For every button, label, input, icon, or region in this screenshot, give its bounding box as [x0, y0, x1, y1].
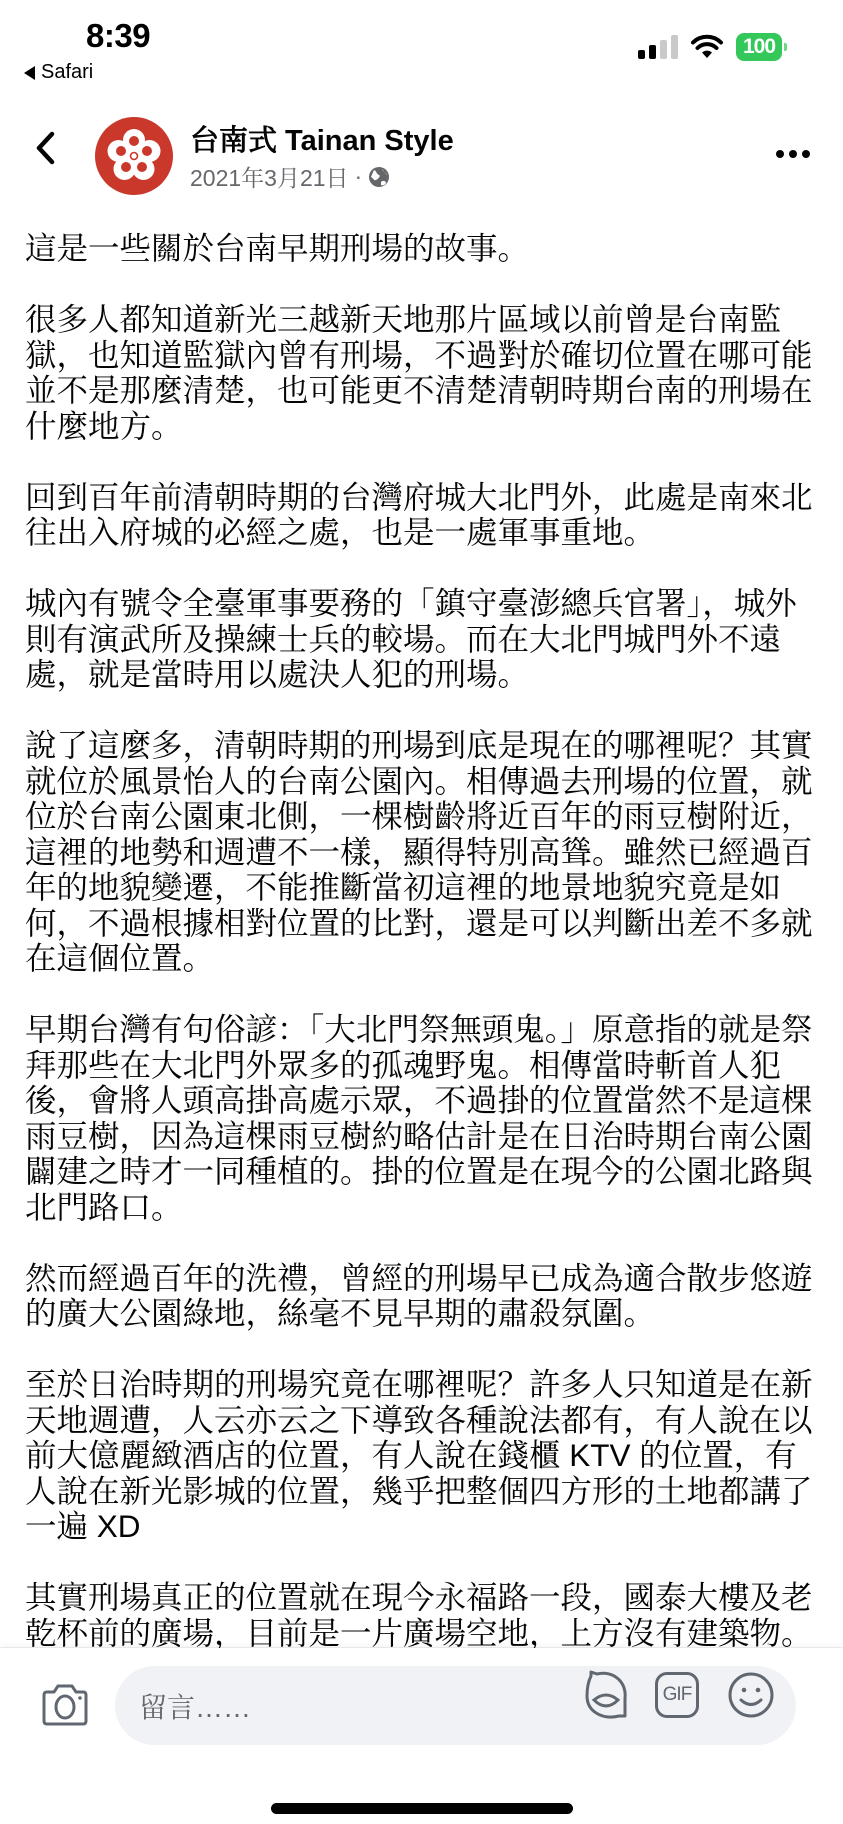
status-icons: 100 — [638, 32, 782, 62]
post-date[interactable]: 2021年3月21日 — [190, 160, 349, 193]
gif-icon[interactable]: GIF — [655, 1672, 699, 1718]
screen: 8:39 Safari 100 — [0, 0, 843, 1824]
gif-label: GIF — [663, 1684, 692, 1706]
post-paragraph: 城內有號令全臺軍事要務的「鎮守臺澎總兵官署」，城外則有演武所及操練士兵的較場。而… — [25, 586, 825, 693]
post-paragraph: 回到百年前清朝時期的台灣府城大北門外，此處是南來北往出入府城的必經之處，也是一處… — [25, 480, 825, 551]
signal-icon — [638, 35, 678, 59]
avatar-sticker-icon[interactable] — [583, 1670, 629, 1720]
battery-icon: 100 — [736, 33, 782, 61]
post-paragraph: 其實刑場真正的位置就在現今永福路一段，國泰大樓及老乾杯前的廣場，目前是一片廣場空… — [25, 1580, 825, 1651]
wifi-icon — [690, 34, 724, 60]
post-paragraph: 早期台灣有句俗諺：「大北門祭無頭鬼。」原意指的就是祭拜那些在大北門外眾多的孤魂野… — [25, 1012, 825, 1225]
back-to-safari-link[interactable]: Safari — [24, 61, 93, 84]
avatar[interactable] — [95, 117, 173, 195]
camera-icon[interactable] — [40, 1683, 90, 1727]
back-triangle-icon — [24, 66, 35, 80]
more-options-icon[interactable] — [776, 142, 816, 166]
battery-level: 100 — [743, 35, 775, 59]
comment-bar: 留言…… GIF — [0, 1648, 843, 1824]
post-body: 這是一些關於台南早期刑場的故事。 很多人都知道新光三越新天地那片區域以前曾是台南… — [25, 231, 825, 1824]
post-meta: 2021年3月21日 · — [190, 160, 390, 193]
comment-placeholder: 留言…… — [139, 1686, 251, 1726]
post-paragraph: 說了這麼多，清朝時期的刑場到底是現在的哪裡呢？其實就位於風景怡人的台南公園內。相… — [25, 728, 825, 977]
back-app-label: Safari — [41, 61, 93, 84]
post-paragraph: 這是一些關於台南早期刑場的故事。 — [25, 231, 825, 267]
globe-icon — [368, 166, 390, 188]
post-paragraph: 然而經過百年的洗禮，曾經的刑場早已成為適合散步悠遊的廣大公園綠地，絲毫不見早期的… — [25, 1261, 825, 1332]
home-indicator[interactable] — [271, 1803, 573, 1814]
chevron-left-icon[interactable] — [30, 128, 64, 168]
post-paragraph: 很多人都知道新光三越新天地那片區域以前曾是台南監獄，也知道監獄內曾有刑場，不過對… — [25, 302, 825, 444]
post-paragraph: 至於日治時期的刑場究竟在哪裡呢？許多人只知道是在新天地週遭，人云亦云之下導致各種… — [25, 1367, 825, 1545]
plum-blossom-logo-icon — [104, 126, 164, 186]
meta-separator: · — [355, 163, 363, 190]
status-time: 8:39 — [86, 17, 150, 55]
page-name-link[interactable]: 台南式 Tainan Style — [190, 118, 454, 159]
emoji-icon[interactable] — [727, 1671, 775, 1719]
